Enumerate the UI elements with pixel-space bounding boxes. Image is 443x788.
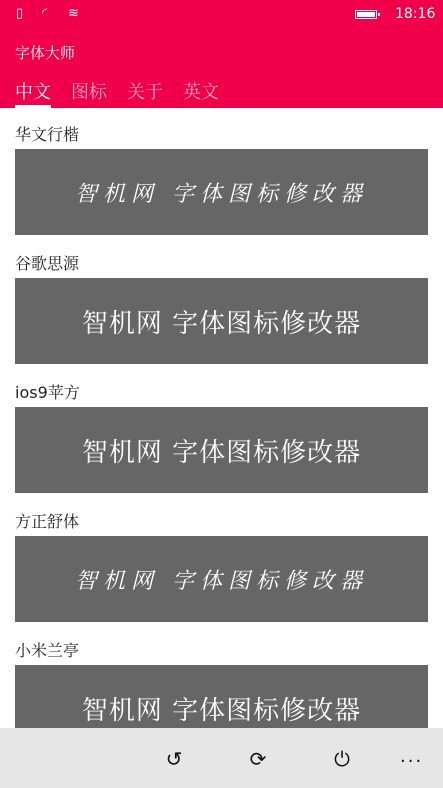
vibrate-icon: ≋ — [68, 6, 79, 21]
undo-icon: ↺ — [166, 747, 183, 771]
font-name: 谷歌思源 — [15, 251, 79, 274]
tab-bar: 中文 图标 关于 英文 — [15, 78, 219, 108]
clock: 18:16 — [395, 6, 435, 22]
tab-about[interactable]: 关于 — [127, 78, 163, 108]
font-name: 小米兰亭 — [15, 638, 79, 661]
tab-icons[interactable]: 图标 — [71, 78, 107, 108]
font-name: ios9苹方 — [15, 380, 80, 403]
wifi-icon: ◜ — [42, 6, 47, 21]
undo-button[interactable]: ↺ — [161, 746, 187, 772]
font-preview[interactable]: 智机网 字体图标修改器 — [15, 536, 428, 622]
refresh-button[interactable]: ⟳ — [245, 746, 271, 772]
app-title: 字体大师 — [15, 42, 75, 63]
font-preview[interactable]: 智机网 字体图标修改器 — [15, 149, 428, 235]
app-bar: ↺ ⟳ ⏻ ... — [0, 728, 443, 788]
font-name: 方正舒体 — [15, 509, 79, 532]
tab-english[interactable]: 英文 — [183, 78, 219, 108]
power-button[interactable]: ⏻ — [329, 746, 355, 772]
power-icon: ⏻ — [334, 747, 350, 771]
font-name: 华文行楷 — [15, 122, 79, 145]
header: ▯ ◜ ≋ 18:16 字体大师 中文 图标 关于 英文 — [0, 0, 443, 108]
font-preview[interactable]: 智机网 字体图标修改器 — [15, 407, 428, 493]
font-preview[interactable]: 智机网 字体图标修改器 — [15, 278, 428, 364]
status-bar: ▯ ◜ ≋ 18:16 — [0, 0, 443, 30]
sim-blocked-icon: ▯ — [16, 6, 23, 21]
battery-icon — [355, 10, 377, 19]
more-button[interactable]: ... — [400, 746, 423, 767]
tab-chinese[interactable]: 中文 — [15, 78, 51, 108]
refresh-icon: ⟳ — [250, 747, 267, 771]
